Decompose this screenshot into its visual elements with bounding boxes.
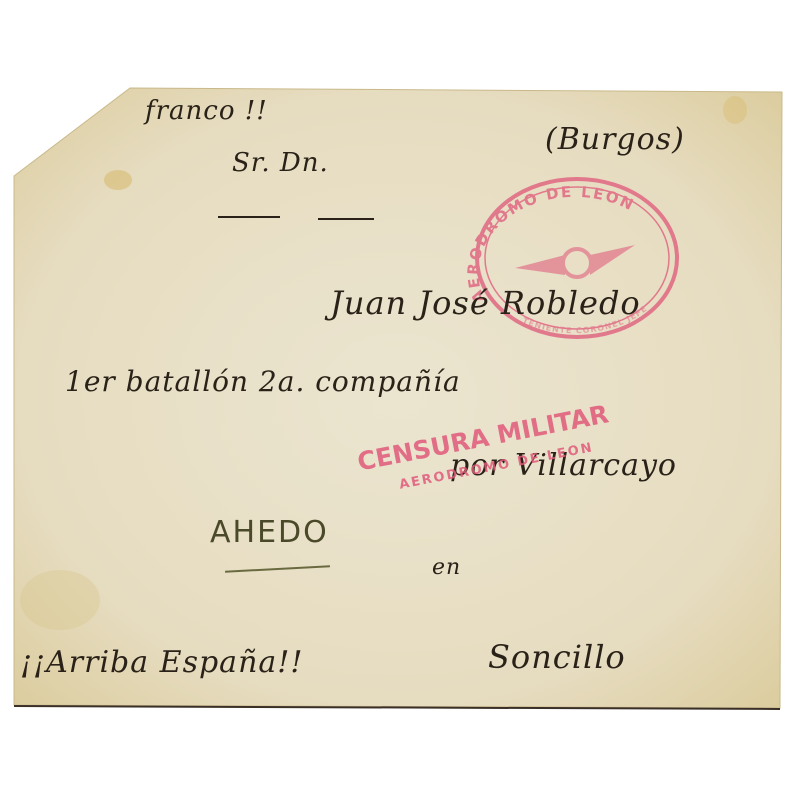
destination-town: Soncillo <box>488 638 626 676</box>
franco-note: franco !! <box>145 96 268 126</box>
en-word: en <box>432 555 461 580</box>
slogan: ¡¡Arriba España!! <box>20 645 303 680</box>
salutation: Sr. Dn. <box>232 148 329 178</box>
recipient-unit: 1er batallón 2a. compañía <box>65 365 461 398</box>
divider <box>218 216 280 218</box>
province: (Burgos) <box>545 122 685 157</box>
recipient-name: Juan José Robledo <box>330 284 641 322</box>
stain <box>723 96 747 124</box>
stain <box>20 570 100 630</box>
divider <box>318 218 374 220</box>
pencil-note: AHEDO <box>210 515 329 550</box>
envelope: AERODROMO DE LEON TENIENTE CORONEL JEFE <box>0 0 800 800</box>
stain <box>104 170 132 190</box>
